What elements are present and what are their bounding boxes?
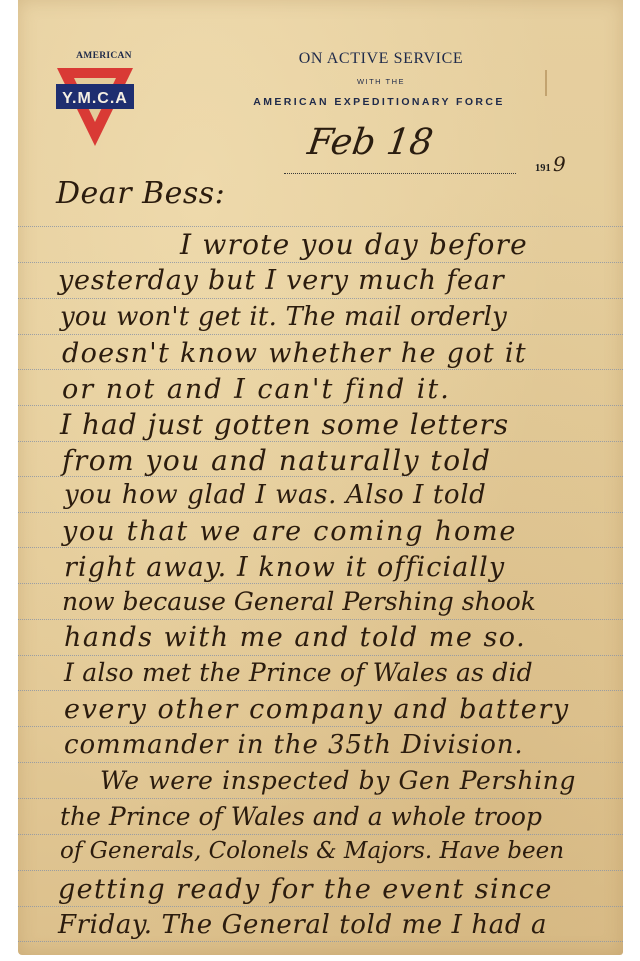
salutation: Dear Bess: [56,176,225,211]
letter-line: the Prince of Wales and a whole troop [60,802,542,831]
letter-line: doesn't know whether he got it [62,338,527,369]
ruled-line [18,762,623,763]
ruled-line [18,298,623,299]
letter-line: you how glad I was. Also I told [64,480,486,510]
letter-line: right away. I know it officially [64,552,505,583]
letter-line: getting ready for the event since [58,874,553,905]
paper-sheet: AMERICAN Y.M.C.A ON ACTIVE SERVICE WITH … [18,0,623,955]
ruled-line [18,870,623,871]
ruled-line [18,441,623,442]
letter-line: of Generals, Colonels & Majors. Have bee… [60,838,564,864]
ymca-red-triangle-icon: Y.M.C.A [56,66,134,148]
ruled-line [18,906,623,907]
letter-line: you that we are coming home [62,516,517,547]
letterhead-organization: AMERICAN EXPEDITIONARY FORCE [194,96,564,108]
letter-line: or not and I can't find it. [62,374,451,405]
date-line [284,173,516,174]
letter-line: I had just gotten some letters [60,408,509,441]
ruled-line [18,405,623,406]
letter-line: now because General Pershing shook [62,587,536,616]
ruled-line [18,690,623,691]
ruled-line [18,547,623,548]
letter-line: every other company and battery [64,694,570,725]
ruled-line [18,262,623,263]
date-year-handwritten: 9 [553,152,566,176]
letter-line: from you and naturally told [62,444,491,477]
letter-line: you won't get it. The mail orderly [60,302,507,332]
paper-speck [545,70,547,96]
ruled-line [18,834,623,835]
letterhead-subtitle: WITH THE [236,77,526,86]
letter-line: Friday. The General told me I had a [58,910,547,940]
ruled-line [18,619,623,620]
letter-line: yesterday but I very much fear [58,265,504,296]
ruled-line [18,655,623,656]
ruled-line [18,583,623,584]
logo-top-text: AMERICAN [66,51,142,61]
ruled-line [18,941,623,942]
letterhead-title: ON ACTIVE SERVICE [236,50,526,68]
ruled-line [18,369,623,370]
letter-line: commander in the 35th Division. [64,730,524,760]
ruled-line [18,726,623,727]
ruled-line [18,334,623,335]
letter-line: I wrote you day before [180,228,528,261]
date-handwritten: Feb 18 [305,122,435,163]
letter-line: hands with me and told me so. [64,622,526,653]
letter-line: We were inspected by Gen Pershing [100,766,576,795]
ruled-line [18,798,623,799]
ruled-line [18,512,623,513]
letter-page: AMERICAN Y.M.C.A ON ACTIVE SERVICE WITH … [0,0,640,961]
ruled-line [18,226,623,227]
svg-text:Y.M.C.A: Y.M.C.A [62,90,128,107]
letter-line: I also met the Prince of Wales as did [64,658,533,687]
date-year-printed: 191 [535,163,551,174]
